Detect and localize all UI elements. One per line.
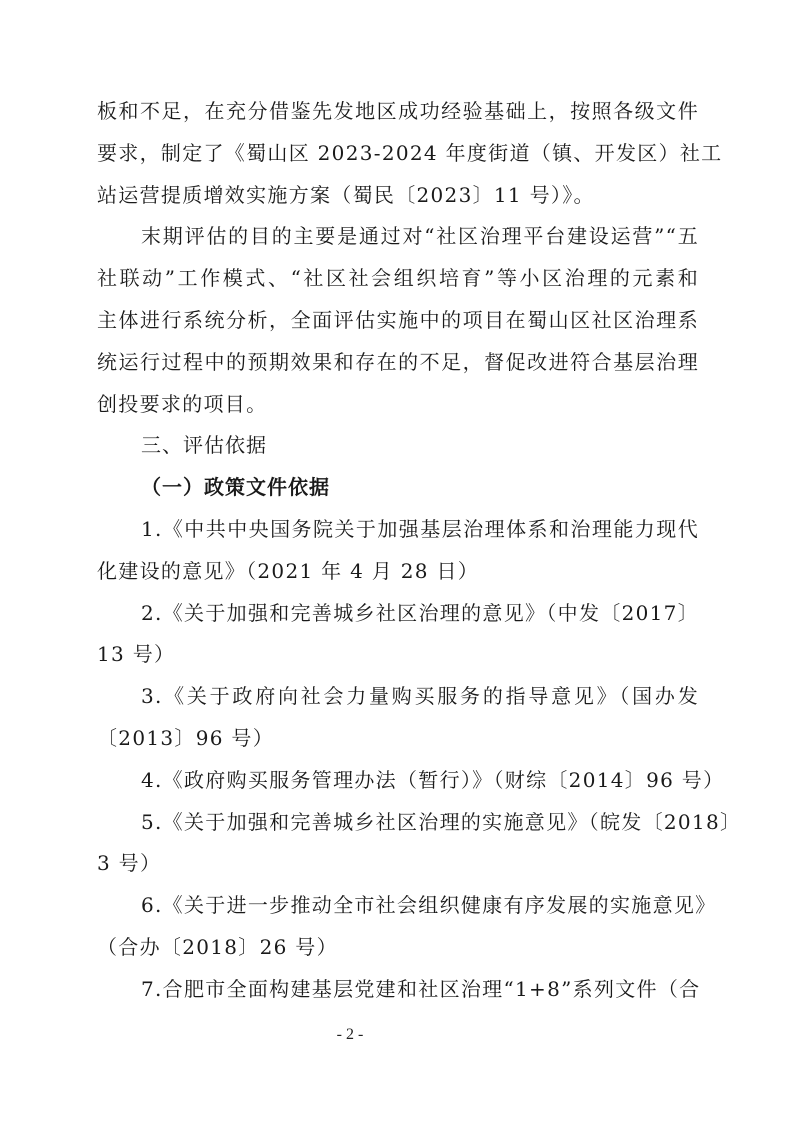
text-line: （合办〔2018〕26 号）	[97, 927, 699, 969]
policy-item-5: 5.《关于加强和完善城乡社区治理的实施意见》（皖发〔2018〕 3 号）	[97, 802, 699, 886]
policy-list: 1.《中共中央国务院关于加强基层治理体系和治理能力现代 化建设的意见》（2021…	[97, 509, 699, 1011]
section-heading: 三、评估依据	[97, 425, 699, 467]
text-line: 〔2013〕96 号）	[97, 718, 699, 760]
policy-item-6: 6.《关于进一步推动全市社会组织健康有序发展的实施意见》 （合办〔2018〕26…	[97, 885, 699, 969]
policy-item-1: 1.《中共中央国务院关于加强基层治理体系和治理能力现代 化建设的意见》（2021…	[97, 509, 699, 593]
paragraph-continuation: 板和不足，在充分借鉴先发地区成功经验基础上，按照各级文件 要求，制定了《蜀山区 …	[97, 91, 699, 216]
text-line: 要求，制定了《蜀山区 2023-2024 年度街道（镇、开发区）社工	[97, 133, 699, 175]
text-line: 2.《关于加强和完善城乡社区治理的意见》（中发〔2017〕	[97, 593, 699, 635]
text-line: 末期评估的目的主要是通过对“社区治理平台建设运营”“五	[97, 216, 699, 258]
text-line: 6.《关于进一步推动全市社会组织健康有序发展的实施意见》	[97, 885, 699, 927]
text-line: 1.《中共中央国务院关于加强基层治理体系和治理能力现代	[97, 509, 699, 551]
text-line: 创投要求的项目。	[97, 384, 699, 426]
policy-item-2: 2.《关于加强和完善城乡社区治理的意见》（中发〔2017〕 13 号）	[97, 593, 699, 677]
subsection-heading: （一）政策文件依据	[97, 467, 699, 509]
text-line: 社联动”工作模式、“社区社会组织培育”等小区治理的元素和	[97, 258, 699, 300]
text-line: 5.《关于加强和完善城乡社区治理的实施意见》（皖发〔2018〕	[97, 802, 699, 844]
text-line: 站运营提质增效实施方案（蜀民〔2023〕11 号）》。	[97, 175, 699, 217]
paragraph-evaluation-purpose: 末期评估的目的主要是通过对“社区治理平台建设运营”“五 社联动”工作模式、“社区…	[97, 216, 699, 425]
text-line: 板和不足，在充分借鉴先发地区成功经验基础上，按照各级文件	[97, 91, 699, 133]
text-line: 3 号）	[97, 843, 699, 885]
document-page: 板和不足，在充分借鉴先发地区成功经验基础上，按照各级文件 要求，制定了《蜀山区 …	[97, 91, 699, 1011]
text-line: 4.《政府购买服务管理办法（暂行）》（财综〔2014〕96 号）	[97, 760, 699, 802]
text-line: 化建设的意见》（2021 年 4 月 28 日）	[97, 551, 699, 593]
text-line: 7.合肥市全面构建基层党建和社区治理“1+8”系列文件（合	[97, 969, 699, 1011]
policy-item-4: 4.《政府购买服务管理办法（暂行）》（财综〔2014〕96 号）	[97, 760, 699, 802]
policy-item-3: 3.《关于政府向社会力量购买服务的指导意见》（国办发 〔2013〕96 号）	[97, 676, 699, 760]
text-line: 主体进行系统分析，全面评估实施中的项目在蜀山区社区治理系	[97, 300, 699, 342]
text-line: 3.《关于政府向社会力量购买服务的指导意见》（国办发	[97, 676, 699, 718]
page-number: - 2 -	[0, 1026, 700, 1044]
policy-item-7: 7.合肥市全面构建基层党建和社区治理“1+8”系列文件（合	[97, 969, 699, 1011]
text-line: 13 号）	[97, 634, 699, 676]
text-line: 统运行过程中的预期效果和存在的不足，督促改进符合基层治理	[97, 342, 699, 384]
